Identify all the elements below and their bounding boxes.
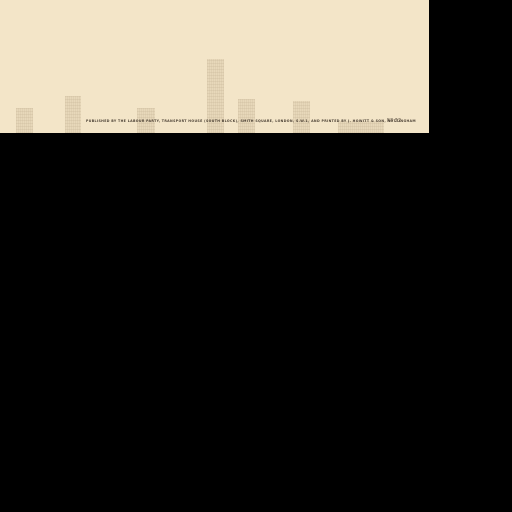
- publisher-imprint: Published by the Labour Party, Transport…: [86, 119, 416, 123]
- poster-number: Nº 22: [387, 118, 401, 124]
- poster-fragment: Published by the Labour Party, Transport…: [0, 0, 429, 133]
- skyline-building: [238, 99, 255, 133]
- skyline-building: [16, 108, 33, 133]
- skyline-building: [65, 96, 81, 133]
- skyline-building: [293, 101, 310, 133]
